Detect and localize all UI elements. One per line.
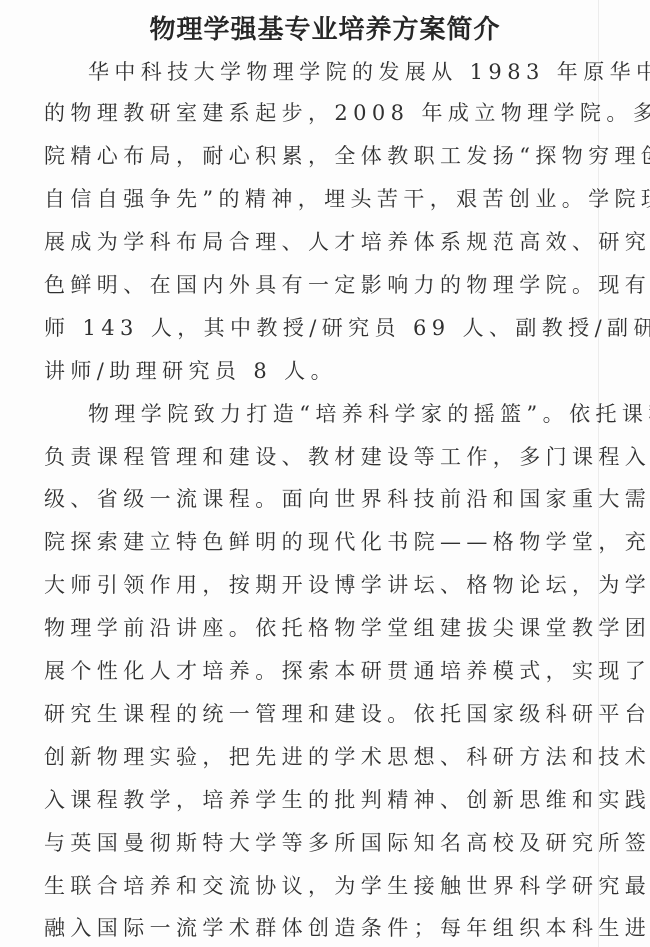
paragraph-1-line-6: 色鲜明、在国内外具有一定影响力的物理学院。现有专任教 (44, 270, 624, 300)
paragraph-2-line-4: 院探索建立特色鲜明的现代化书院——格物学堂，充分发挥 (44, 527, 624, 557)
paragraph-1-line-4: 自信自强争先”的精神，埋头苦干，艰苦创业。学院现已发 (44, 184, 624, 214)
paragraph-2-line-11: 与英国曼彻斯特大学等多所国际知名高校及研究所签署学 (44, 828, 624, 858)
document-title: 物理学强基专业培养方案简介 (0, 10, 650, 50)
paragraph-2-line-6: 物理学前沿讲座。依托格物学堂组建拔尖课堂教学团队，开 (44, 613, 624, 643)
paragraph-2-line-7: 展个性化人才培养。探索本研贯通培养模式，实现了本科和 (44, 656, 624, 686)
paragraph-2-line-12: 生联合培养和交流协议，为学生接触世界科学研究最前沿、 (44, 871, 624, 901)
paragraph-2-line-1: 物理学院致力打造“培养科学家的摇篮”。依托课程组 (88, 399, 650, 429)
paragraph-2-line-3: 级、省级一流课程。面向世界科技前沿和国家重大需求，学 (44, 484, 624, 514)
paragraph-1-line-5: 展成为学科布局合理、人才培养体系规范高效、研究方向特 (44, 227, 624, 257)
paragraph-2-line-5: 大师引领作用，按期开设博学讲坛、格物论坛，为学生开展 (44, 570, 624, 600)
paragraph-2-line-8: 研究生课程的统一管理和建设。依托国家级科研平台，开设 (44, 699, 624, 729)
paragraph-1-line-2: 的物理教研室建系起步，2008 年成立物理学院。多年来，学 (44, 98, 624, 128)
paragraph-1-line-8: 讲师/助理研究员 8 人。 (44, 356, 624, 386)
paragraph-1-line-3: 院精心布局，耐心积累，全体教职工发扬“探物穷理创新， (44, 141, 624, 171)
paragraph-2-line-2: 负责课程管理和建设、教材建设等工作，多门课程入选国家 (44, 442, 624, 472)
paragraph-2-line-9: 创新物理实验，把先进的学术思想、科研方法和技术手段融 (44, 742, 624, 772)
paragraph-2-line-10: 入课程教学，培养学生的批判精神、创新思维和实践能力。 (44, 785, 624, 815)
document-page: 物理学强基专业培养方案简介 华中科技大学物理学院的发展从 1983 年原华中工学… (0, 0, 650, 947)
paragraph-2-line-13: 融入国际一流学术群体创造条件；每年组织本科生进行海外 (44, 913, 624, 943)
paragraph-1-line-1: 华中科技大学物理学院的发展从 1983 年原华中工学院 (88, 57, 650, 87)
paragraph-1-line-7: 师 143 人，其中教授/研究员 69 人、副教授/副研究员 66 人， (44, 313, 624, 343)
